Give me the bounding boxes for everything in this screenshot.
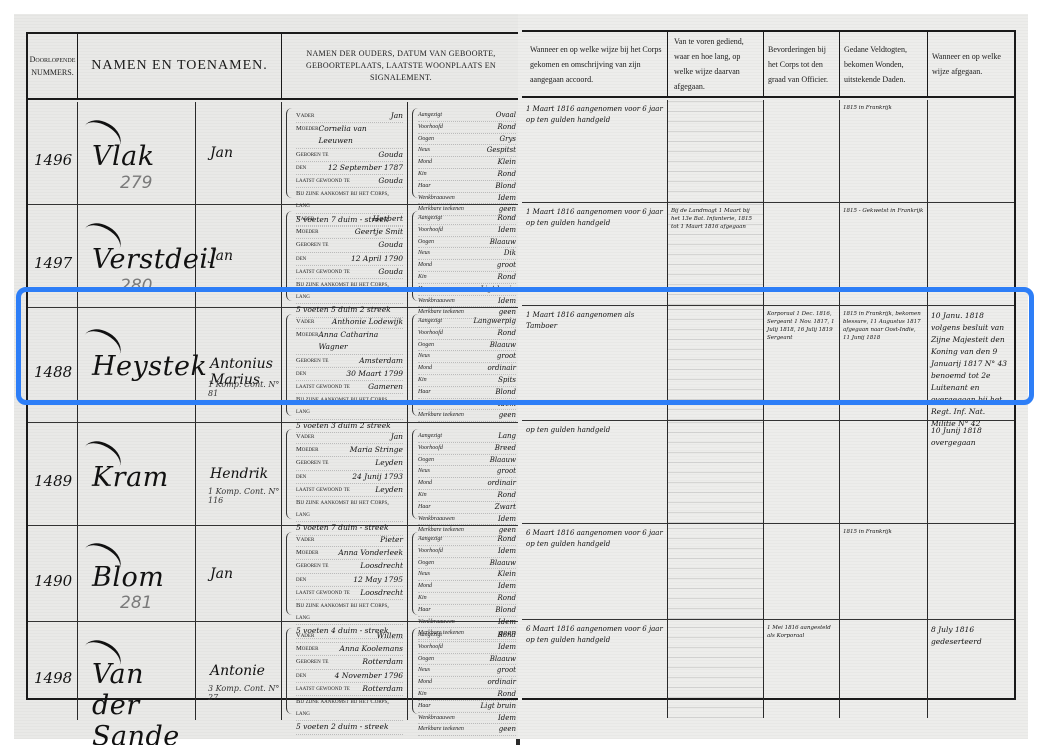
signalement-line: Merkbare teekenengeen: [418, 410, 516, 422]
surname-cell: Van der Sande: [78, 622, 196, 720]
left-rows: 1496 Vlak 279 Jan VaderJan MoederCorneli…: [28, 102, 520, 698]
residence-value: Loosdrecht: [360, 587, 403, 599]
signalement-value: Blond: [495, 605, 516, 616]
signalement-line: KinRond: [418, 490, 516, 502]
birthplace-line: Geboren teRotterdam: [296, 656, 403, 669]
birthdate-value: 12 September 1787: [328, 162, 403, 174]
departure-text: 10 Junij 1818 overgegaan: [931, 426, 982, 447]
signalement-value: Ligt bruin: [481, 284, 517, 295]
signalement-value: Idem: [498, 514, 516, 525]
signalement-value: Blond: [495, 181, 516, 192]
signalement-label: Oogen: [418, 455, 434, 466]
signalement-label: Aangezigt: [418, 431, 442, 442]
birthdate-value: 12 April 1790: [351, 253, 403, 265]
signalement-line: AangezigtRond: [418, 213, 516, 225]
signalement-label: Aangezigt: [418, 534, 442, 545]
signalement-value: Rond: [498, 593, 516, 604]
signalement-cell: AangezigtOvaalVoorhoofdRondOogenGrysNeus…: [408, 102, 520, 204]
given-name: Jan: [210, 248, 233, 264]
signalement-value: Blaauw: [490, 237, 516, 248]
signalement-line: HaarBlond: [418, 387, 516, 399]
signalement-line: Mondgroot: [418, 260, 516, 272]
corps-entry-text: 6 Maart 1816 aangenomen voor 6 jaar op t…: [526, 529, 663, 548]
corps-entry-text: 1 Maart 1816 aangenomen als Tamboer: [526, 311, 634, 330]
previous-service-cell: Bij de Landmagt 1 Maart bij het 13e Bat.…: [668, 203, 764, 305]
signalement-label: Oogen: [418, 558, 434, 569]
campaigns-text: 1815 in Frankrijk: [843, 105, 892, 111]
father-value: Willem: [377, 630, 403, 642]
mother-value: Maria Stringe: [350, 444, 403, 456]
signalement-line: VoorhoofdRond: [418, 328, 516, 340]
birthdate-label: den: [296, 471, 306, 483]
birthplace-label: Geboren te: [296, 560, 328, 572]
birthdate-label: den: [296, 368, 306, 380]
brace-decoration: [412, 532, 418, 615]
birthdate-line: den12 April 1790: [296, 253, 403, 266]
mother-label: Moeder: [296, 226, 318, 238]
signalement-line: HaarBlond: [418, 181, 516, 193]
mother-line: MoederAnna Catharina Wagner: [296, 329, 403, 354]
signalement-label: Mond: [418, 677, 432, 688]
signalement-line: HaarBlond: [418, 605, 516, 617]
departure-cell: [928, 203, 1014, 305]
signalement-label: Mond: [418, 157, 432, 168]
signalement-label: Kin: [418, 490, 427, 501]
signalement-label: Aangezigt: [418, 110, 442, 121]
promotions-cell: 1 Mei 1816 aangesteld als Korporaal: [764, 620, 840, 718]
signalement-label: Kin: [418, 593, 427, 604]
signalement-label: Haar: [418, 502, 431, 513]
birthdate-label: den: [296, 162, 306, 174]
signalement-line: WenkbraauwenIdem: [418, 193, 516, 205]
signalement-cell: AangezigtRondVoorhoofdIdemOogenBlaauwNeu…: [408, 205, 520, 307]
signalement-label: Voorhoofd: [418, 443, 443, 454]
signalement-value: Grys: [500, 134, 517, 145]
signalement-value: Dik: [504, 248, 516, 259]
register-row-right[interactable]: 6 Maart 1816 aangenomen voor 6 jaar op t…: [522, 524, 1014, 620]
signalement-line: NeusKlein: [418, 569, 516, 581]
signalement-label: Neus: [418, 351, 430, 362]
residence-value: Gouda: [378, 175, 403, 187]
mother-value: Geertje Smit: [355, 226, 403, 238]
register-row-right[interactable]: 1 Maart 1816 aangenomen als Tamboer Korp…: [522, 306, 1014, 421]
signalement-cell: AangezigtLangVoorhoofdBreedOogenBlaauwNe…: [408, 423, 520, 525]
signalement-label: Kin: [418, 375, 427, 386]
departure-text: 8 July 1816 gedeserteerd: [931, 625, 982, 646]
mother-line: MoederCornelia van Leeuwen: [296, 123, 403, 148]
residence-label: laatst gewoond te: [296, 683, 350, 695]
signalement-line: VoorhoofdRond: [418, 122, 516, 134]
signalement-value: groot: [497, 665, 516, 676]
birthplace-label: Geboren te: [296, 239, 328, 251]
residence-line: laatst gewoond teGouda: [296, 266, 403, 279]
residence-value: Rotterdam: [362, 683, 403, 695]
signalement-line: Neusgroot: [418, 351, 516, 363]
campaigns-text: 1815 in Frankrijk: [843, 529, 892, 535]
signalement-label: Merkbare teekenen: [418, 724, 464, 735]
residence-label: laatst gewoond te: [296, 175, 350, 187]
signalement-line: MondIdem: [418, 581, 516, 593]
residence-value: Leyden: [375, 484, 403, 496]
signalement-label: Voorhoofd: [418, 122, 443, 133]
mother-line: MoederAnna Koolemans: [296, 643, 403, 656]
signalement-line: KinRond: [418, 593, 516, 605]
signalement-label: Voorhoofd: [418, 546, 443, 557]
signalement-value: Rond: [498, 213, 516, 224]
signalement-line: VoorhoofdIdem: [418, 546, 516, 558]
pencil-number: 281: [120, 593, 152, 613]
campaigns-cell: 1815 in Frankrijk: [840, 524, 928, 619]
signalement-line: Neusgroot: [418, 665, 516, 677]
previous-service-cell: [668, 524, 764, 619]
signalement-value: Idem: [498, 546, 516, 557]
corps-entry-text: op ten gulden handgeld: [526, 426, 610, 434]
mother-label: Moeder: [296, 329, 318, 353]
surname: Blom: [92, 562, 164, 593]
previous-service-text: Bij de Landmagt 1 Maart bij het 13e Bat.…: [671, 208, 752, 230]
surname-cell: Verstdeil 280: [78, 205, 196, 307]
corps-entry-cell: 6 Maart 1816 aangenomen voor 6 jaar op t…: [522, 524, 668, 619]
mother-label: Moeder: [296, 547, 318, 559]
signalement-label: Kin: [418, 272, 427, 283]
father-value: Pieter: [380, 534, 403, 546]
signalement-value: ordinair: [487, 677, 516, 688]
signalement-label: Kin: [418, 169, 427, 180]
row-number: 1496: [34, 151, 72, 169]
signalement-label: Mond: [418, 363, 432, 374]
signalement-label: Wenkbraauwen: [418, 399, 455, 410]
birthdate-value: 12 May 1795: [353, 574, 403, 586]
brace-decoration: [286, 628, 292, 714]
signalement-value: Lang: [498, 431, 516, 442]
surname-cell: Vlak 279: [78, 102, 196, 204]
surname: Vlak: [92, 141, 155, 172]
row-number: 1489: [34, 472, 72, 490]
register-row-left[interactable]: 1496 Vlak 279 Jan VaderJan MoederCorneli…: [28, 102, 520, 205]
signalement-label: Haar: [418, 181, 431, 192]
signalement-value: geen: [499, 410, 516, 421]
mother-value: Cornelia van Leeuwen: [318, 123, 403, 147]
left-page: Doorlopende NUMMERS. NAMEN EN TOENAMEN. …: [14, 14, 518, 739]
signalement-line: NeusDik: [418, 248, 516, 260]
row-number: 1498: [34, 669, 72, 687]
number-cell: 1496: [28, 102, 78, 204]
birthplace-line: Geboren teLoosdrecht: [296, 560, 403, 573]
given-name-cell: Jan: [196, 205, 282, 307]
campaigns-text: 1815 - Gekwetst in Frankrijk: [843, 208, 923, 214]
given-name: Antonie: [210, 663, 265, 679]
birthplace-label: Geboren te: [296, 656, 328, 668]
register-table-left: Doorlopende NUMMERS. NAMEN EN TOENAMEN. …: [26, 32, 520, 700]
birthdate-value: 30 Maart 1799: [346, 368, 403, 380]
signalement-value: groot: [497, 351, 516, 362]
row-number: 1488: [34, 363, 72, 381]
signalement-label: Voorhoofd: [418, 225, 443, 236]
register-row-left[interactable]: 1490 Blom 281 Jan VaderPieter MoederAnna…: [28, 526, 520, 622]
signalement-line: MondKlein: [418, 157, 516, 169]
left-header-row: Doorlopende NUMMERS. NAMEN EN TOENAMEN. …: [28, 34, 520, 100]
brace-decoration: [286, 211, 292, 301]
corps-entry-cell: 1 Maart 1816 aangenomen voor 6 jaar op t…: [522, 100, 668, 202]
arrival-line: Bij zijne aankomst bij het Corps, lang: [296, 696, 403, 721]
signalement-value: groot: [497, 260, 516, 271]
corps-entry-cell: 1 Maart 1816 aangenomen als Tamboer: [522, 306, 668, 420]
header-campaigns-column: Gedane Veldtogten, bekomen Wonden, uitst…: [840, 32, 928, 96]
birthdate-value: 24 Junij 1793: [352, 471, 403, 483]
birthplace-value: Leyden: [375, 457, 403, 469]
mother-label: Moeder: [296, 643, 318, 655]
campaigns-cell: [840, 421, 928, 523]
parents-cell: VaderJan MoederCornelia van Leeuwen Gebo…: [282, 102, 408, 204]
number-cell: 1498: [28, 622, 78, 720]
register-row-right[interactable]: 1 Maart 1816 aangenomen voor 6 jaar op t…: [522, 203, 1014, 306]
birthplace-line: Geboren teLeyden: [296, 457, 403, 470]
corps-entry-text: 1 Maart 1816 aangenomen voor 6 jaar op t…: [526, 105, 663, 124]
birthplace-line: Geboren teAmsterdam: [296, 355, 403, 368]
birthplace-line: Geboren teGouda: [296, 239, 403, 252]
given-name: Jan: [210, 145, 233, 161]
register-row-left[interactable]: 1498 Van der Sande Antonie 3 Komp. Cont.…: [28, 622, 520, 720]
signalement-value: Idem: [498, 296, 516, 307]
number-cell: 1497: [28, 205, 78, 307]
brace-decoration: [412, 211, 418, 301]
signalement-value: Langwerpig: [474, 316, 517, 327]
signalement-label: Oogen: [418, 654, 434, 665]
brace-decoration: [412, 429, 418, 519]
signalement-label: Wenkbraauwen: [418, 713, 455, 724]
birthdate-line: den4 November 1796: [296, 670, 403, 683]
signalement-value: ordinair: [487, 478, 516, 489]
register-row-right[interactable]: 6 Maart 1816 aangenomen voor 6 jaar op t…: [522, 620, 1014, 718]
signalement-value: ordinair: [487, 363, 516, 374]
register-row-left[interactable]: 1489 Kram Hendrik 1 Komp. Cont. N° 116 V…: [28, 423, 520, 526]
father-value: Jan: [391, 110, 403, 122]
brace-decoration: [286, 532, 292, 615]
signalement-value: Blond: [495, 387, 516, 398]
signalement-value: Blaauw: [490, 558, 516, 569]
birthplace-value: Rotterdam: [362, 656, 403, 668]
campaigns-cell: 1815 in Frankrijk: [840, 100, 928, 202]
arrival-line: Bij zijne aankomst bij het Corps, lang: [296, 394, 403, 419]
campaigns-cell: 1815 - Gekwetst in Frankrijk: [840, 203, 928, 305]
signalement-line: OogenBlaauw: [418, 558, 516, 570]
signalement-label: Haar: [418, 284, 431, 295]
brace-decoration: [286, 429, 292, 519]
height-line: 5 voeten 2 duim - streek: [296, 721, 403, 734]
birthdate-label: den: [296, 670, 306, 682]
company-annotation: 1 Komp. Cont. N° 116: [208, 487, 281, 505]
promotions-text: 1 Mei 1816 aangesteld als Korporaal: [767, 625, 831, 639]
signalement-value: Rond: [498, 689, 516, 700]
brace-decoration: [412, 108, 418, 198]
signalement-value: Rond: [498, 490, 516, 501]
signalement-line: OogenBlaauw: [418, 654, 516, 666]
previous-service-cell: [668, 100, 764, 202]
residence-label: laatst gewoond te: [296, 484, 350, 496]
signalement-line: OogenGrys: [418, 134, 516, 146]
father-label: Vader: [296, 630, 314, 642]
signalement-line: HaarLigt bruin: [418, 284, 516, 296]
register-row-left[interactable]: 1488 Heystek Antonius Marius 1 Komp. Con…: [28, 308, 520, 423]
register-table-right: Wanneer en op welke wijze bij het Corps …: [522, 30, 1016, 700]
signalement-value: Rond: [498, 272, 516, 283]
signalement-line: AangezigtLang: [418, 431, 516, 443]
signalement-line: OogenBlaauw: [418, 455, 516, 467]
signalement-value: Idem: [498, 225, 516, 236]
given-name-cell: Jan: [196, 526, 282, 621]
signalement-line: WenkbraauwenIdem: [418, 296, 516, 308]
brace-decoration: [286, 108, 292, 198]
birthplace-label: Geboren te: [296, 355, 328, 367]
signalement-line: Mondordinair: [418, 478, 516, 490]
father-value: Anthonie Lodewijk: [332, 316, 403, 328]
register-row-left[interactable]: 1497 Verstdeil 280 Jan VaderHerbert Moed…: [28, 205, 520, 308]
mother-label: Moeder: [296, 123, 318, 147]
brace-decoration: [286, 314, 292, 416]
pencil-number: 279: [120, 173, 152, 193]
parents-cell: VaderPieter MoederAnna Vonderleek Gebore…: [282, 526, 408, 621]
given-name: Hendrik: [210, 466, 268, 482]
signalement-line: Mondordinair: [418, 363, 516, 375]
signalement-value: Blaauw: [490, 654, 516, 665]
parents-cell: VaderAnthonie Lodewijk MoederAnna Cathar…: [282, 308, 408, 422]
signalement-value: Rond: [498, 122, 516, 133]
surname-cell: Kram: [78, 423, 196, 525]
signalement-value: Ligt bruin: [481, 701, 517, 712]
header-names-column: NAMEN EN TOENAMEN.: [78, 34, 282, 98]
father-label: Vader: [296, 110, 314, 122]
signalement-line: AangezigtRond: [418, 534, 516, 546]
signalement-line: KinRond: [418, 689, 516, 701]
signalement-line: OogenBlaauw: [418, 340, 516, 352]
signalement-label: Neus: [418, 248, 430, 259]
signalement-value: Gespitst: [487, 145, 516, 156]
signalement-value: Klein: [498, 569, 516, 580]
row-number: 1497: [34, 254, 72, 272]
birthplace-label: Geboren te: [296, 149, 328, 161]
previous-service-cell: [668, 306, 764, 420]
corps-entry-text: 6 Maart 1816 aangenomen voor 6 jaar op t…: [526, 625, 663, 644]
register-row-right[interactable]: op ten gulden handgeld 10 Junij 1818 ove…: [522, 421, 1014, 524]
signalement-value: Idem: [498, 193, 516, 204]
corps-entry-text: 1 Maart 1816 aangenomen voor 6 jaar op t…: [526, 208, 663, 227]
signalement-value: Ovaal: [496, 110, 516, 121]
given-name-cell: Jan: [196, 102, 282, 204]
signalement-value: Breed: [495, 443, 516, 454]
signalement-label: Mond: [418, 581, 432, 592]
brace-decoration: [412, 314, 418, 416]
corps-entry-cell: op ten gulden handgeld: [522, 421, 668, 523]
signalement-value: geen: [499, 724, 516, 735]
campaigns-cell: 1815 in Frankrijk, bekomen blessure, 11 …: [840, 306, 928, 420]
mother-label: Moeder: [296, 444, 318, 456]
signalement-label: Oogen: [418, 237, 434, 248]
signalement-line: VoorhoofdIdem: [418, 225, 516, 237]
residence-label: laatst gewoond te: [296, 587, 350, 599]
signalement-label: Oogen: [418, 340, 434, 351]
signalement-line: OogenBlaauw: [418, 237, 516, 249]
signalement-label: Wenkbraauwen: [418, 296, 455, 307]
signalement-line: AangezigtOvaal: [418, 110, 516, 122]
birthdate-line: den12 September 1787: [296, 162, 403, 175]
father-line: VaderJan: [296, 431, 403, 444]
previous-service-cell: [668, 421, 764, 523]
birthdate-line: den30 Maart 1799: [296, 368, 403, 381]
residence-line: laatst gewoond teLoosdrecht: [296, 587, 403, 600]
promotions-cell: [764, 524, 840, 619]
signalement-label: Neus: [418, 665, 430, 676]
signalement-label: Voorhoofd: [418, 642, 443, 653]
mother-value: Anna Koolemans: [340, 643, 403, 655]
right-header-row: Wanneer en op welke wijze bij het Corps …: [522, 32, 1014, 98]
company-annotation: 3 Komp. Cont. N° 27: [208, 684, 281, 702]
residence-value: Gameren: [368, 381, 403, 393]
signalement-value: Idem: [498, 713, 516, 724]
signalement-label: Aangezigt: [418, 213, 442, 224]
number-cell: 1490: [28, 526, 78, 621]
signalement-line: KinSpits: [418, 375, 516, 387]
promotions-cell: [764, 203, 840, 305]
corps-entry-cell: 6 Maart 1816 aangenomen voor 6 jaar op t…: [522, 620, 668, 718]
father-label: Vader: [296, 316, 314, 328]
header-departure-column: Wanneer en op welke wijze afgegaan.: [928, 32, 1014, 96]
signalement-line: HaarZwart: [418, 502, 516, 514]
signalement-line: AangezigtRond: [418, 630, 516, 642]
signalement-value: Idem: [498, 399, 516, 410]
signalement-label: Wenkbraauwen: [418, 514, 455, 525]
signalement-value: Rond: [498, 169, 516, 180]
father-value: Jan: [391, 431, 403, 443]
signalement-label: Kin: [418, 689, 427, 700]
signalement-line: Mondordinair: [418, 677, 516, 689]
residence-line: laatst gewoond teLeyden: [296, 484, 403, 497]
signalement-line: KinRond: [418, 169, 516, 181]
promotions-cell: [764, 100, 840, 202]
parents-cell: VaderJan MoederMaria Stringe Geboren teL…: [282, 423, 408, 525]
surname: Heystek: [92, 351, 207, 382]
birthdate-label: den: [296, 574, 306, 586]
departure-cell: 10 Janu. 1818 volgens besluit van Zijne …: [928, 306, 1014, 420]
given-name-cell: Antonie 3 Komp. Cont. N° 27: [196, 622, 282, 720]
father-label: Vader: [296, 213, 314, 225]
signalement-line: VoorhoofdBreed: [418, 443, 516, 455]
signalement-label: Aangezigt: [418, 630, 442, 641]
register-row-right[interactable]: 1 Maart 1816 aangenomen voor 6 jaar op t…: [522, 100, 1014, 203]
signalement-label: Oogen: [418, 134, 434, 145]
parents-cell: VaderHerbert MoederGeertje Smit Geboren …: [282, 205, 408, 307]
residence-line: laatst gewoond teGameren: [296, 381, 403, 394]
signalement-value: Rond: [498, 534, 516, 545]
campaigns-cell: [840, 620, 928, 718]
departure-cell: 10 Junij 1818 overgegaan: [928, 421, 1014, 523]
number-cell: 1488: [28, 308, 78, 422]
number-cell: 1489: [28, 423, 78, 525]
brace-decoration: [412, 628, 418, 714]
departure-cell: [928, 100, 1014, 202]
row-number: 1490: [34, 572, 72, 590]
header-previous-service-column: Van te voren gediend, waar en hoe lang, …: [668, 32, 764, 96]
signalement-line: AangezigtLangwerpig: [418, 316, 516, 328]
header-promotions-column: Bevorderingen bij het Corps tot den graa…: [764, 32, 840, 96]
signalement-cell: AangezigtRondVoorhoofdIdemOogenBlaauwNeu…: [408, 622, 520, 720]
right-rows: 1 Maart 1816 aangenomen voor 6 jaar op t…: [522, 100, 1014, 698]
arrival-label: Bij zijne aankomst bij het Corps, lang: [296, 497, 403, 521]
signalement-line: Merkbare teekenengeen: [418, 724, 516, 736]
pencil-number: 280: [120, 276, 152, 296]
signalement-label: Mond: [418, 478, 432, 489]
birthdate-value: 4 November 1796: [335, 670, 403, 682]
right-page: Wanneer en op welke wijze bij het Corps …: [518, 14, 1028, 739]
